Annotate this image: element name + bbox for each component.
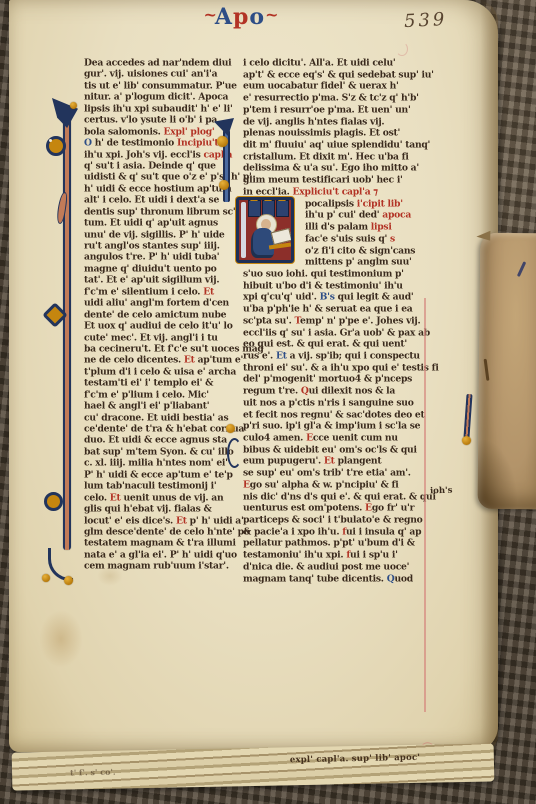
running-title-letter: o <box>249 4 265 30</box>
text-line: glis qui h'ebat vij. fialas & <box>84 503 242 515</box>
text-line: s'uo suo iohi. qui testimonium p' <box>243 268 431 280</box>
pink-pen-mark <box>396 42 408 56</box>
historiated-initial-a-st-john <box>236 197 294 263</box>
gold-ball-icon <box>462 436 471 445</box>
text-line: nis dic' d'ns d's qui e'. & qui erat. & … <box>243 491 431 503</box>
bar-initial-i <box>63 114 71 550</box>
text-line: e' resurrectio p'ma. S'z & tc'z q' h'b' <box>243 92 431 104</box>
text-line: c. xl. iiij. milia h'ntes nom' ei' <box>84 457 242 469</box>
pearl-dot-icon <box>49 139 52 142</box>
architecture-tower-icon <box>248 200 261 217</box>
bottom-edge-text-right: expl' capl'a. sup' lib' apoc' <box>290 753 420 765</box>
red-ruling-line <box>424 298 426 712</box>
text-line: cem magnam rub'uum i'star'. <box>84 560 242 572</box>
text-line: eccl'iis q' su' i asia. Gr'a uob' & pax … <box>243 327 431 339</box>
text-line: bat sup' m'tem Syon. & cu' illo <box>84 446 242 458</box>
bottom-edge-text-left: t' f'. s' co'. <box>70 767 116 778</box>
text-line: uenturus est om'potens. Ego fr' u'r <box>243 502 431 514</box>
text-line: ih'u xpi. Joh's vij. eccl'is capl'a <box>84 149 242 161</box>
architecture-tower-icon <box>276 200 289 217</box>
text-line: eo qui est. & qui erat. & qui uent' <box>243 338 431 350</box>
text-line: angulos t're. P' h' uidi tuba' <box>84 251 242 263</box>
text-line: hael & angl'i ei' p'liabant' <box>84 400 242 412</box>
gold-knot-icon <box>217 136 228 147</box>
manuscript-photo: { "running_title": { "flourish_left": "~… <box>0 0 536 804</box>
gold-ball-icon <box>64 576 73 585</box>
text-line: testatem magnam & t'ra illumi <box>84 537 242 549</box>
suede-fore-edge-tab <box>478 233 536 510</box>
text-line: eum pupugeru'. Et plangent <box>243 455 431 467</box>
text-line: Et uox q' audiui de celo it'u' lo <box>84 320 242 332</box>
text-line: del' p'mogenit' mortuo4 & p'nceps <box>243 373 431 385</box>
text-line: sc'pta su'. Temp' n' p'pe e'. Johes vij. <box>243 315 431 327</box>
text-line: tis ut e' lib' consummatur. P'ue <box>84 80 242 92</box>
text-line: dentis sup' thronum librum sc'p <box>84 206 242 218</box>
text-line: cute' mec'. Et vij. angl'i i tu <box>84 332 242 344</box>
ink-mark-dark <box>484 359 490 381</box>
text-line: locut' e' eis dice's. Et p' h' uidi a' <box>84 515 242 527</box>
initial-a-column <box>241 202 246 258</box>
text-line: cu' dracone. Et uidi bestia' as <box>84 412 242 424</box>
running-title-letter: p <box>233 4 249 30</box>
text-line: xpi q'cu'q' uid'. B's qui legit & aud' <box>243 291 431 303</box>
tab-shadow <box>478 439 519 509</box>
text-line: lipsis ih'u xpi subaudit' h' e' li' <box>84 103 242 115</box>
text-line: nitur. a' p'logum dicit'. Apoca <box>84 91 242 103</box>
text-line: eum uocabatur fidel' & uerax h' <box>243 80 431 92</box>
text-line: uidisti & q' su't que o'z e' p'st h' p' <box>84 171 242 183</box>
text-line: pellatur pathmos. p'pt' u'bum d'i & <box>243 537 431 549</box>
text-line: alt' i celo. Et uidi i dext'a se <box>84 194 242 206</box>
initial-knot-icon <box>44 492 63 511</box>
text-line: Ego su' alpha & w. p'ncipiu' & fi <box>243 479 431 491</box>
text-line: celo. Et uenit unus de vij. an <box>84 492 242 504</box>
text-line: tum. Et uidi q' ap'uit agnus <box>84 217 242 229</box>
text-line: bola salomonis. Expl' plog' <box>84 126 242 138</box>
text-line: d'nica die. & audiui post me uoce' <box>243 561 431 573</box>
running-title: ~Apo~ <box>150 4 330 30</box>
text-line: magnam tanq' tube dicentis. Quod <box>243 573 431 585</box>
gold-ball-icon <box>70 102 77 109</box>
intercolumn-ornament <box>224 424 240 474</box>
parchment-stain <box>39 610 83 668</box>
text-line: magne q' diuidu't uento po <box>84 263 242 275</box>
text-line: f'c'm e' silentium i celo. Et <box>84 286 242 298</box>
running-title-letter: A <box>215 4 233 30</box>
pen-flourish-right: ~ <box>265 5 276 24</box>
margin-note: ioh's <box>430 486 453 497</box>
text-line: u'ba p'ph'ie h' & seruat ea que i ea <box>243 303 431 315</box>
text-line: lum tab'naculi testimonij i' <box>84 480 242 492</box>
text-column-right: i celo dicitu'. All'a. Et uidi celu'ap't… <box>243 57 431 584</box>
gold-ball-icon <box>42 574 50 582</box>
text-line: rus e'. Et a vij. sp'ib; qui i conspectu <box>243 350 431 362</box>
text-line: regum t're. Qui dilexit nos & la <box>243 385 431 397</box>
text-line: uit nos a p'ctis n'ris i sanguine suo <box>243 397 431 409</box>
text-line: dente' de celo amictum nube <box>84 309 242 321</box>
text-line: unu' de vij. sigillis. P' h' uide <box>84 229 242 241</box>
text-line: p'tem i resurr'oe p'ma. Et uen' un' <box>243 104 431 116</box>
text-line: f'c'm e' p'lium i celo. Mic' <box>84 389 242 401</box>
text-line: testam'ti ei' i' templo ei' & <box>84 377 242 389</box>
text-line: de vij. anglis h'ntes fialas vij. <box>243 116 431 128</box>
running-title-letters: Apo <box>215 4 265 30</box>
text-line: glim meum testificari uob' hec i' <box>243 174 431 186</box>
text-line: plenas nouissimis plagis. Et ost' <box>243 127 431 139</box>
blue-curl-icon <box>227 438 242 468</box>
text-line: culo4 amen. Ecce uenit cum nu <box>243 432 431 444</box>
text-line: P' h' uidi & ecce ap'tum e' te'p <box>84 469 242 481</box>
text-line: i celo dicitu'. All'a. Et uidi celu' <box>243 57 431 69</box>
text-line: duo. Et uidi & ecce agnus sta <box>84 434 242 446</box>
text-line: t'plum d'i i celo & uisa e' archa <box>84 366 242 378</box>
text-line: particeps & soci' i t'bulato'e & regno <box>243 514 431 526</box>
text-line: dit m' fluuiu' aq' uiue splendidu' tanq' <box>243 139 431 151</box>
text-line: p'ri suo. ip'i gl'a & imp'ium i sc'la se <box>243 420 431 432</box>
ink-mark-blue <box>517 261 526 277</box>
text-line: et fecit nos regnu' & sac'dotes deo et <box>243 409 431 421</box>
text-column-left: Dea accedes ad nar'ndem diuigur'. vij. u… <box>84 57 242 572</box>
text-line: delissima & u'a su'. Ego iho mitto a' <box>243 162 431 174</box>
text-line: nata e' a gl'ia ei'. P' h' uidi q'uo <box>84 549 242 561</box>
text-line: uidi aliu' angl'm fortem d'cen <box>84 297 242 309</box>
text-line: gur'. vij. uisiones cui' an'i'a <box>84 68 242 80</box>
text-line: tat'. Et e' ap'uit sigillum vij. <box>84 274 242 286</box>
text-line: testamoniu' ih'u xpi. fui i sp'u i' <box>243 549 431 561</box>
folio-number: 539 <box>403 9 447 32</box>
gold-knot-icon <box>219 180 229 190</box>
text-line: se sup' eu' om's trib' t're etia' am'. <box>243 467 431 479</box>
gold-ball-icon <box>226 424 235 433</box>
text-line: ne de celo dicentes. Et ap'tum e' <box>84 354 242 366</box>
pen-flourish-left: ~ <box>204 5 215 24</box>
